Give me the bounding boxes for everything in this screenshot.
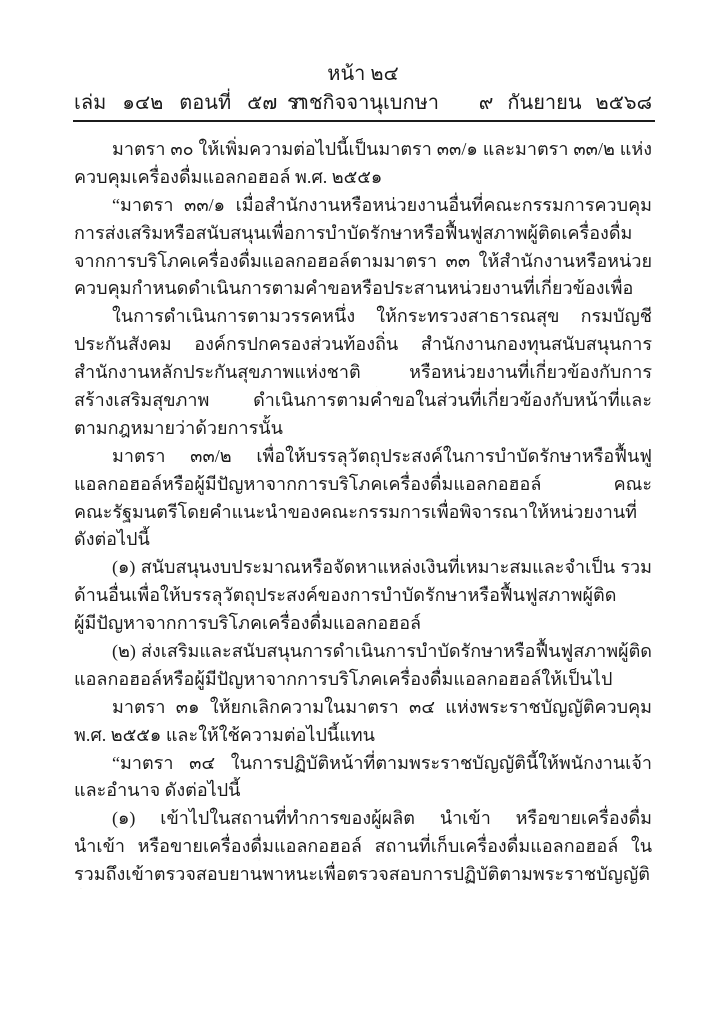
text-line: (๑) เข้าไปในสถานที่ทำการของผู้ผลิต นำเข้… — [74, 805, 652, 833]
text-line: แอลกอฮอล์หรือผู้มีปัญหาจากการบริโภคเครื่… — [74, 471, 652, 499]
text-line: ดังต่อไปนี้ — [74, 526, 652, 554]
text-line: รวมถึงเข้าตรวจสอบยานพาหนะเพื่อตรวจสอบการ… — [74, 861, 652, 889]
gazette-page: หน้า ๒๔ เล่ม ๑๔๒ ตอนที่ ๕๗ ก ราชกิจจานุเ… — [0, 0, 724, 1024]
text-line: (๑) สนับสนุนงบประมาณหรือจัดหาแหล่งเงินที… — [74, 554, 652, 582]
text-line: ควบคุมกำหนดดำเนินการตามคำขอหรือประสานหน่… — [74, 275, 652, 303]
text-line: “มาตรา ๓๓/๑ เมื่อสำนักงานหรือหน่วยงานอื่… — [74, 192, 652, 220]
text-line: มาตรา ๓๑ ให้ยกเลิกความในมาตรา ๓๔ แห่งพระ… — [74, 694, 652, 722]
text-line: จากการบริโภคเครื่องดื่มแอลกอฮอล์ตามมาตรา… — [74, 248, 652, 276]
text-line: ด้านอื่นเพื่อให้บรรลุวัตถุประสงค์ของการบ… — [74, 582, 652, 610]
publication-date: ๙ กันยายน ๒๕๖๘ — [479, 90, 652, 116]
text-line: ผู้มีปัญหาจากการบริโภคเครื่องดื่มแอลกอฮอ… — [74, 610, 652, 638]
text-line: พ.ศ. ๒๕๕๑ และให้ใช้ความต่อไปนี้แทน — [74, 722, 652, 750]
text-line: และอำนาจ ดังต่อไปนี้ — [74, 777, 652, 805]
header-rule — [73, 120, 655, 122]
text-line: การส่งเสริมหรือสนับสนุนเพื่อการบำบัดรักษ… — [74, 220, 652, 248]
text-line: ประกันสังคม องค์กรปกครองส่วนท้องถิ่น สำน… — [74, 331, 652, 359]
document-body: มาตรา ๓๐ ให้เพิ่มความต่อไปนี้เป็นมาตรา ๓… — [74, 136, 652, 889]
text-line: ในการดำเนินการตามวรรคหนึ่ง ให้กระทรวงสาธ… — [74, 303, 652, 331]
text-line: แอลกอฮอล์หรือผู้มีปัญหาจากการบริโภคเครื่… — [74, 666, 652, 694]
text-line: นำเข้า หรือขายเครื่องดื่มแอลกอฮอล์ สถานท… — [74, 833, 652, 861]
volume-part-label: เล่ม ๑๔๒ ตอนที่ ๕๗ ก — [74, 90, 305, 116]
text-line: ตามกฎหมายว่าด้วยการนั้น — [74, 415, 652, 443]
text-line: สร้างเสริมสุขภาพ ดำเนินการตามคำขอในส่วนท… — [74, 387, 652, 415]
text-line: มาตรา ๓๐ ให้เพิ่มความต่อไปนี้เป็นมาตรา ๓… — [74, 136, 652, 164]
gazette-header: เล่ม ๑๔๒ ตอนที่ ๕๗ ก ราชกิจจานุเบกษา ๙ ก… — [74, 90, 652, 116]
text-line: คณะรัฐมนตรีโดยคำแนะนำของคณะกรรมการเพื่อพ… — [74, 499, 652, 527]
text-line: (๒) ส่งเสริมและสนับสนุนการดำเนินการบำบัด… — [74, 638, 652, 666]
text-line: “มาตรา ๓๔ ในการปฏิบัติหน้าที่ตามพระราชบั… — [74, 750, 652, 778]
text-line: ควบคุมเครื่องดื่มแอลกอฮอล์ พ.ศ. ๒๕๕๑ — [74, 164, 652, 192]
text-line: สำนักงานหลักประกันสุขภาพแห่งชาติ หรือหน่… — [74, 359, 652, 387]
page-number-label: หน้า ๒๔ — [74, 62, 652, 86]
gazette-title: ราชกิจจานุเบกษา — [287, 90, 439, 116]
text-line: มาตรา ๓๓/๒ เพื่อให้บรรลุวัตถุประสงค์ในกา… — [74, 443, 652, 471]
